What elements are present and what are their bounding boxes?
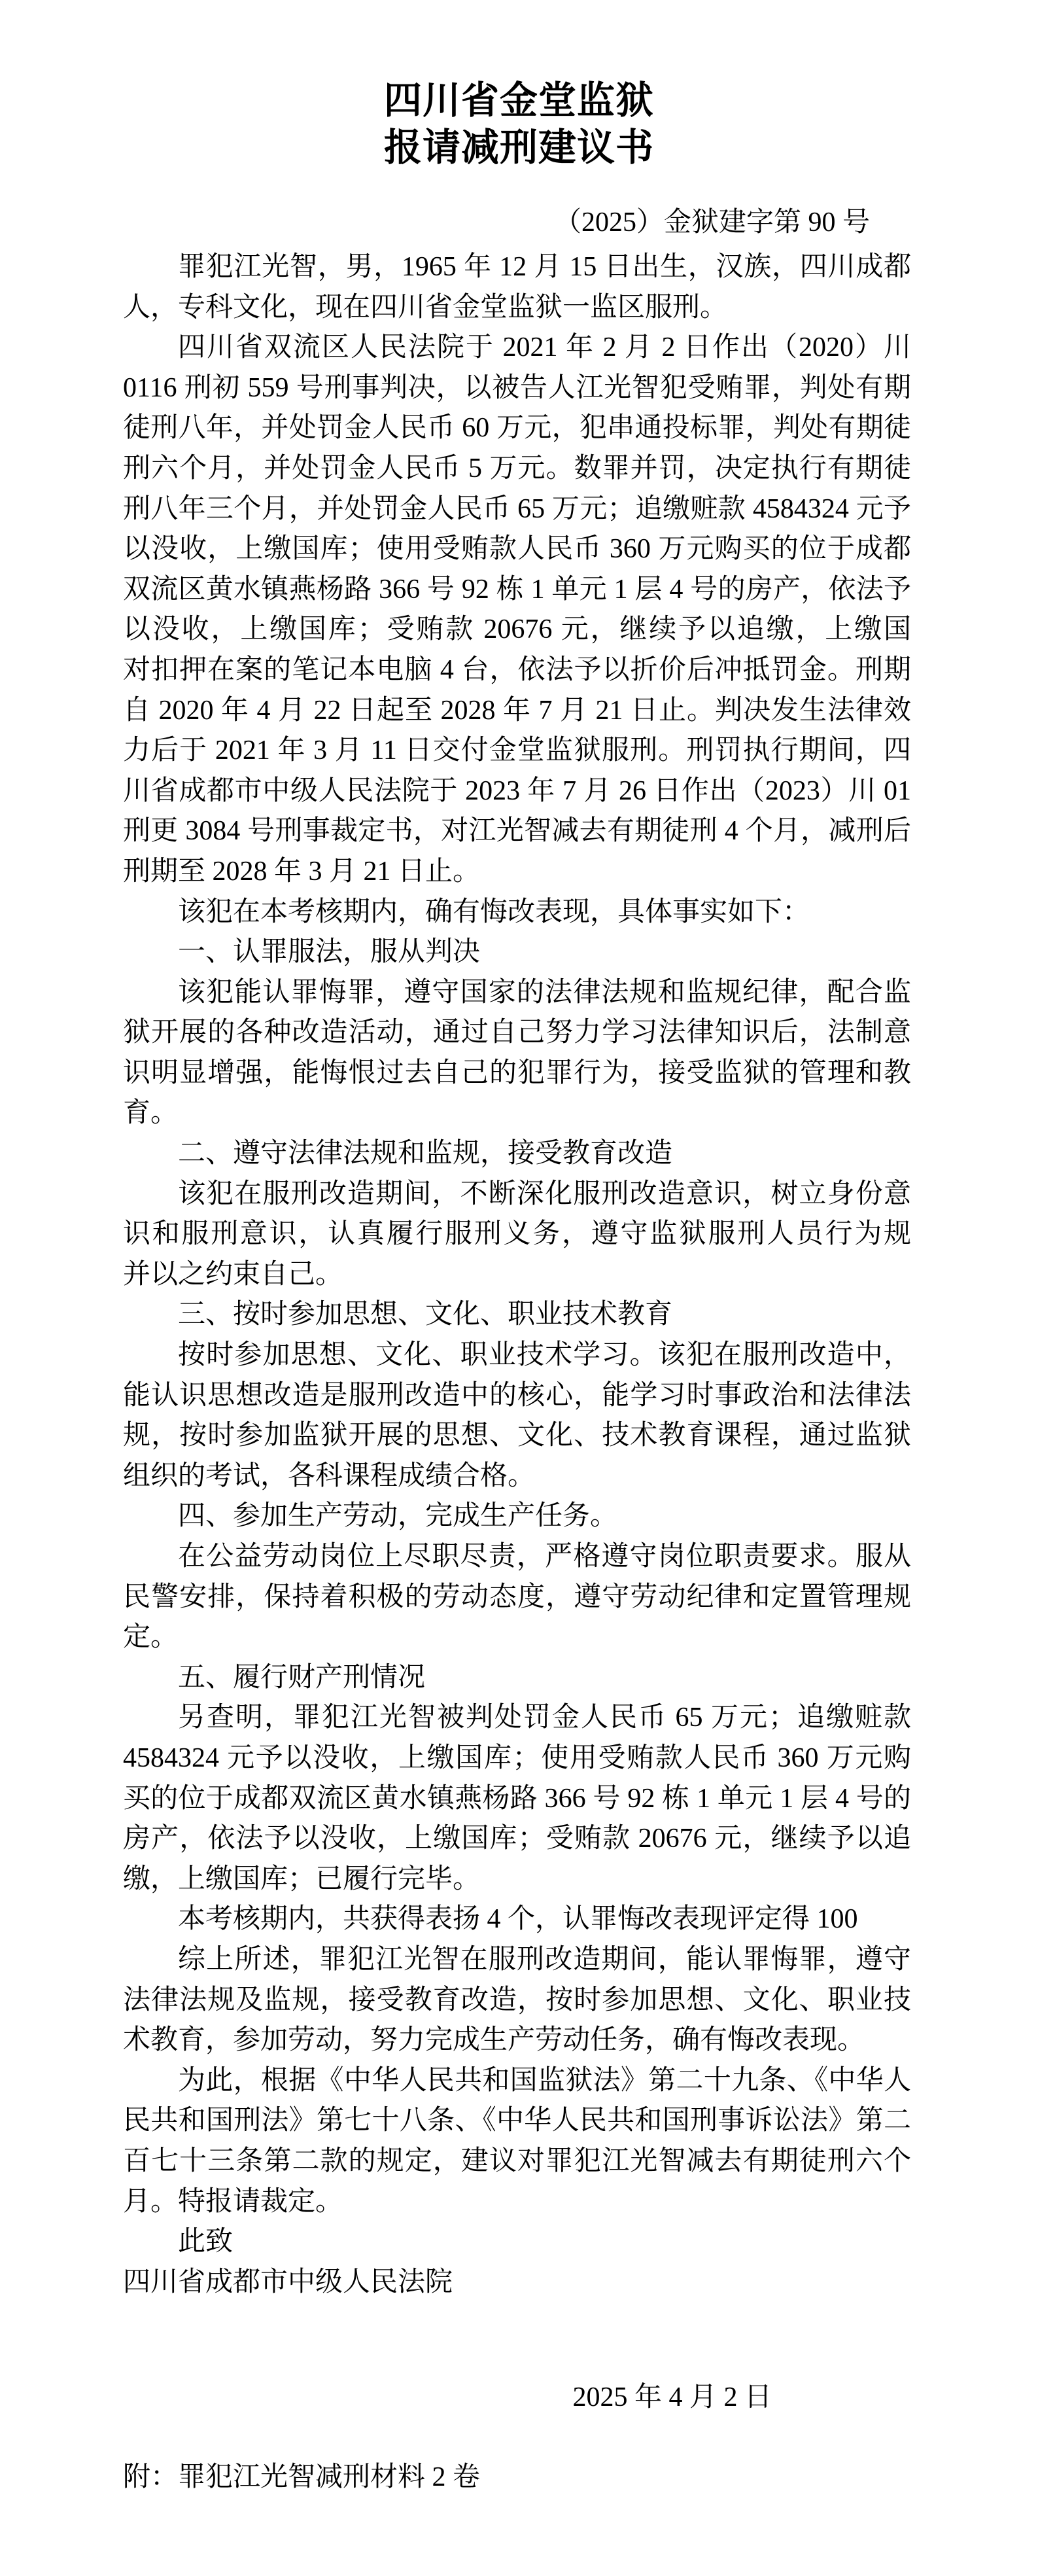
- body-line: 4584324 元予以没收，上缴国库；使用受贿款人民币 360 万元购: [123, 1738, 911, 1779]
- body-line: 规，按时参加监狱开展的思想、文化、技术教育课程，通过监狱: [123, 1416, 911, 1456]
- body-line: 并以之约束自己。: [123, 1255, 911, 1296]
- body-line: 二、遵守法律法规和监规，接受教育改造: [123, 1134, 911, 1174]
- body-line: 买的位于成都双流区黄水镇燕杨路 366 号 92 栋 1 单元 1 层 4 号的: [123, 1779, 911, 1820]
- body-line: 以没收，上缴国库；受贿款 20676 元，继续予以追缴，上缴国库。: [123, 610, 911, 650]
- body-line: 在公益劳动岗位上尽职尽责，严格遵守岗位职责要求。服从: [123, 1537, 911, 1578]
- body-line: 人，专科文化，现在四川省金堂监狱一监区服刑。: [123, 288, 911, 328]
- body-line: 此致: [123, 2222, 911, 2263]
- body-line: 另查明，罪犯江光智被判处罚金人民币 65 万元；追缴赃款: [123, 1698, 911, 1738]
- attachment-line: 附：罪犯江光智减刑材料 2 卷: [123, 2458, 480, 2498]
- body-line: 百七十三条第二款的规定，建议对罪犯江光智减去有期徒刑六个: [123, 2142, 911, 2182]
- body-line: 刑八年三个月，并处罚金人民币 65 万元；追缴赃款 4584324 元予: [123, 489, 911, 530]
- body-line: 组织的考试，各科课程成绩合格。: [123, 1456, 911, 1497]
- body-line: 自 2020 年 4 月 22 日起至 2028 年 7 月 21 日止。判决发…: [123, 691, 911, 732]
- title-line-2: 报请减刑建议书: [0, 124, 1038, 171]
- body-line: 对扣押在案的笔记本电脑 4 台，依法予以折价后冲抵罚金。刑期: [123, 650, 911, 691]
- body-line: 徒刑八年，并处罚金人民币 60 万元，犯串通投标罪，判处有期徒: [123, 408, 911, 449]
- body-line: 育。: [123, 1093, 911, 1134]
- doc-number: （2025）金狱建字第 90 号: [554, 207, 870, 238]
- body-line: 一、认罪服法，服从判决: [123, 932, 911, 973]
- body-line: 术教育，参加劳动，努力完成生产劳动任务，确有悔改表现。: [123, 2020, 911, 2061]
- body-line: 川省成都市中级人民法院于 2023 年 7 月 26 日作出（2023）川 01: [123, 771, 911, 812]
- body-line: 识明显增强，能悔恨过去自己的犯罪行为，接受监狱的管理和教: [123, 1053, 911, 1094]
- body-line: 0116 刑初 559 号刑事判决，以被告人江光智犯受贿罪，判处有期: [123, 368, 911, 409]
- body-line: 三、按时参加思想、文化、职业技术教育: [123, 1295, 911, 1335]
- date-line: 2025 年 4 月 2 日: [572, 2378, 772, 2418]
- body-line: 以没收，上缴国库；使用受贿款人民币 360 万元购买的位于成都: [123, 529, 911, 570]
- document-body: 罪犯江光智，男，1965 年 12 月 15 日出生，汉族，四川成都人，专科文化…: [123, 247, 911, 2303]
- body-line: 按时参加思想、文化、职业技术学习。该犯在服刑改造中，: [123, 1335, 911, 1376]
- body-line: 四川省成都市中级人民法院: [123, 2263, 911, 2303]
- body-line: 刑更 3084 号刑事裁定书，对江光智减去有期徒刑 4 个月，减刑后: [123, 811, 911, 852]
- body-line: 本考核期内，共获得表扬 4 个，认罪悔改表现评定得 100 分。: [123, 1899, 911, 1940]
- body-line: 民警安排，保持着积极的劳动态度，遵守劳动纪律和定置管理规: [123, 1578, 911, 1618]
- title-line-1: 四川省金堂监狱: [0, 77, 1038, 124]
- document-page: 四川省金堂监狱 报请减刑建议书 （2025）金狱建字第 90 号 罪犯江光智，男…: [0, 0, 1038, 2576]
- body-line: 民共和国刑法》第七十八条、《中华人民共和国刑事诉讼法》第二: [123, 2101, 911, 2142]
- body-line: 综上所述，罪犯江光智在服刑改造期间，能认罪悔罪，遵守: [123, 1940, 911, 1981]
- body-line: 四川省双流区人民法院于 2021 年 2 月 2 日作出（2020）川: [123, 328, 911, 368]
- body-line: 力后于 2021 年 3 月 11 日交付金堂监狱服刑。刑罚执行期间，四: [123, 731, 911, 771]
- body-line: 为此，根据《中华人民共和国监狱法》第二十九条、《中华人: [123, 2061, 911, 2102]
- body-line: 该犯能认罪悔罪，遵守国家的法律法规和监规纪律，配合监: [123, 973, 911, 1014]
- body-line: 识和服刑意识，认真履行服刑义务，遵守监狱服刑人员行为规范，: [123, 1214, 911, 1255]
- body-line: 该犯在本考核期内，确有悔改表现，具体事实如下：: [123, 892, 911, 933]
- body-line: 该犯在服刑改造期间，不断深化服刑改造意识，树立身份意: [123, 1174, 911, 1215]
- body-line: 四、参加生产劳动，完成生产任务。: [123, 1496, 911, 1537]
- body-line: 刑六个月，并处罚金人民币 5 万元。数罪并罚，决定执行有期徒: [123, 449, 911, 489]
- body-line: 刑期至 2028 年 3 月 21 日止。: [123, 852, 911, 892]
- body-line: 法律法规及监规，接受教育改造，按时参加思想、文化、职业技: [123, 1981, 911, 2021]
- body-line: 月。特报请裁定。: [123, 2182, 911, 2223]
- body-line: 五、履行财产刑情况: [123, 1658, 911, 1699]
- body-line: 罪犯江光智，男，1965 年 12 月 15 日出生，汉族，四川成都: [123, 247, 911, 288]
- body-line: 双流区黄水镇燕杨路 366 号 92 栋 1 单元 1 层 4 号的房产，依法予: [123, 570, 911, 610]
- body-line: 房产，依法予以没收，上缴国库；受贿款 20676 元，继续予以追: [123, 1819, 911, 1860]
- body-line: 狱开展的各种改造活动，通过自己努力学习法律知识后，法制意: [123, 1013, 911, 1053]
- document-title: 四川省金堂监狱 报请减刑建议书: [0, 77, 1038, 171]
- body-line: 缴，上缴国库；已履行完毕。: [123, 1860, 911, 1900]
- body-line: 定。: [123, 1617, 911, 1658]
- body-line: 能认识思想改造是服刑改造中的核心，能学习时事政治和法律法: [123, 1376, 911, 1417]
